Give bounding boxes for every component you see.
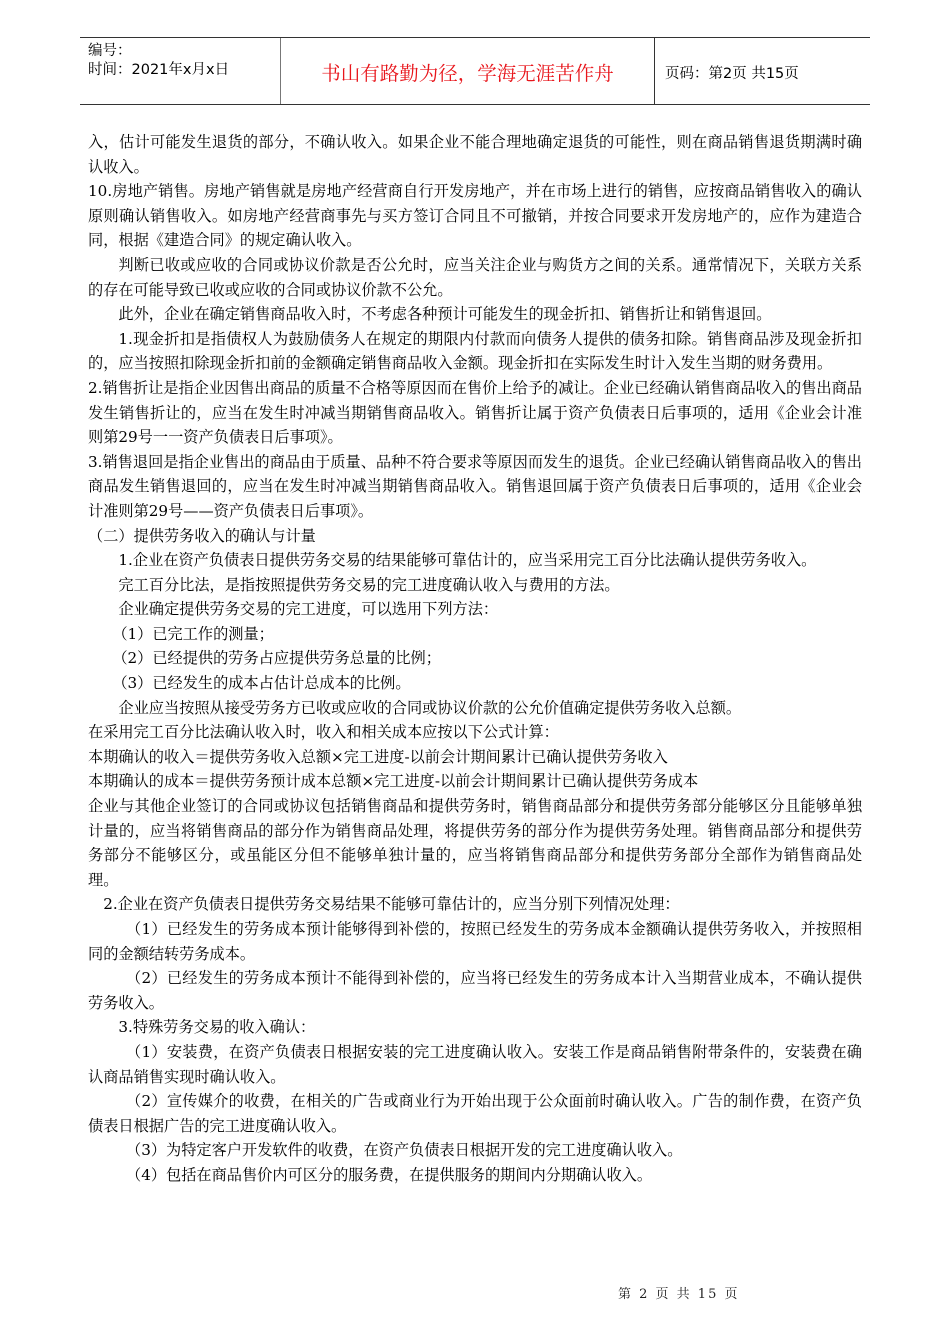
list-item: （3）已经发生的成本占估计总成本的比例。 xyxy=(88,671,862,696)
paragraph: 3.特殊劳务交易的收入确认： xyxy=(88,1015,862,1040)
list-item: （3）为特定客户开发软件的收费，在资产负债表日根据开发的完工进度确认收入。 xyxy=(88,1138,862,1163)
header-table: 编号： 时间：2021年x月x日 书山有路勤为径，学海无涯苦作舟 页码：第2页 … xyxy=(80,37,870,105)
list-item: （1）已经发生的劳务成本预计能够得到补偿的，按照已经发生的劳务成本金额确认提供劳… xyxy=(88,917,862,966)
list-item: （2）已经提供的劳务占应提供劳务总量的比例； xyxy=(88,646,862,671)
footer-page-number: 第 2 页 共 15 页 xyxy=(618,1287,739,1302)
document-body: 入，估计可能发生退货的部分，不确认收入。如果企业不能合理地确定退货的可能性，则在… xyxy=(88,130,862,1188)
serial-label: 编号： xyxy=(88,42,280,61)
paragraph: 2.企业在资产负债表日提供劳务交易结果不能够可靠估计的，应当分别下列情况处理： xyxy=(88,892,862,917)
paragraph: 企业与其他企业签订的合同或协议包括销售商品和提供劳务时，销售商品部分和提供劳务部… xyxy=(88,794,862,892)
paragraph: 10.房地产销售。房地产销售就是房地产经营商自行开发房地产，并在市场上进行的销售… xyxy=(88,179,862,253)
paragraph: 企业确定提供劳务交易的完工进度，可以选用下列方法： xyxy=(88,597,862,622)
list-item: （1）已完工作的测量； xyxy=(88,622,862,647)
header-meta-cell: 编号： 时间：2021年x月x日 xyxy=(80,38,281,104)
paragraph: 1.现金折扣是指债权人为鼓励债务人在规定的期限内付款而向债务人提供的债务扣除。销… xyxy=(88,327,862,376)
header-page-cell: 页码：第2页 共15页 xyxy=(655,38,870,104)
paragraph: 完工百分比法，是指按照提供劳务交易的完工进度确认收入与费用的方法。 xyxy=(88,573,862,598)
paragraph: 1.企业在资产负债表日提供劳务交易的结果能够可靠估计的，应当采用完工百分比法确认… xyxy=(88,548,862,573)
motto-text: 书山有路勤为径，学海无涯苦作舟 xyxy=(321,58,614,86)
list-item: （1）安装费，在资产负债表日根据安装的完工进度确认收入。安装工作是商品销售附带条… xyxy=(88,1040,862,1089)
page-footer: 第 2 页 共 15 页 xyxy=(618,1283,739,1302)
date-label: 时间：2021年x月x日 xyxy=(88,61,280,80)
header-motto-cell: 书山有路勤为径，学海无涯苦作舟 xyxy=(281,38,655,104)
paragraph: 3.销售退回是指企业售出的商品由于质量、品种不符合要求等原因而发生的退货。企业已… xyxy=(88,450,862,524)
paragraph: 2.销售折让是指企业因售出商品的质量不合格等原因而在售价上给予的减让。企业已经确… xyxy=(88,376,862,450)
list-item: （4）包括在商品售价内可区分的服务费，在提供服务的期间内分期确认收入。 xyxy=(88,1163,862,1188)
paragraph: 企业应当按照从接受劳务方已收或应收的合同或协议价款的公允价值确定提供劳务收入总额… xyxy=(88,696,862,721)
section-heading: （二）提供劳务收入的确认与计量 xyxy=(88,524,862,549)
formula-cost: 本期确认的成本＝提供劳务预计成本总额×完工进度-以前会计期间累计已确认提供劳务成… xyxy=(88,769,862,794)
paragraph: 判断已收或应收的合同或协议价款是否公允时，应当关注企业与购货方之间的关系。通常情… xyxy=(88,253,862,302)
formula-revenue: 本期确认的收入＝提供劳务收入总额×完工进度-以前会计期间累计已确认提供劳务收入 xyxy=(88,745,862,770)
list-item: （2）已经发生的劳务成本预计不能得到补偿的，应当将已经发生的劳务成本计入当期营业… xyxy=(88,966,862,1015)
page-info: 页码：第2页 共15页 xyxy=(665,62,799,83)
paragraph: 此外，企业在确定销售商品收入时，不考虑各种预计可能发生的现金折扣、销售折让和销售… xyxy=(88,302,862,327)
paragraph: 在采用完工百分比法确认收入时，收入和相关成本应按以下公式计算： xyxy=(88,720,862,745)
list-item: （2）宣传媒介的收费，在相关的广告或商业行为开始出现于公众面前时确认收入。广告的… xyxy=(88,1089,862,1138)
paragraph: 入，估计可能发生退货的部分，不确认收入。如果企业不能合理地确定退货的可能性，则在… xyxy=(88,130,862,179)
